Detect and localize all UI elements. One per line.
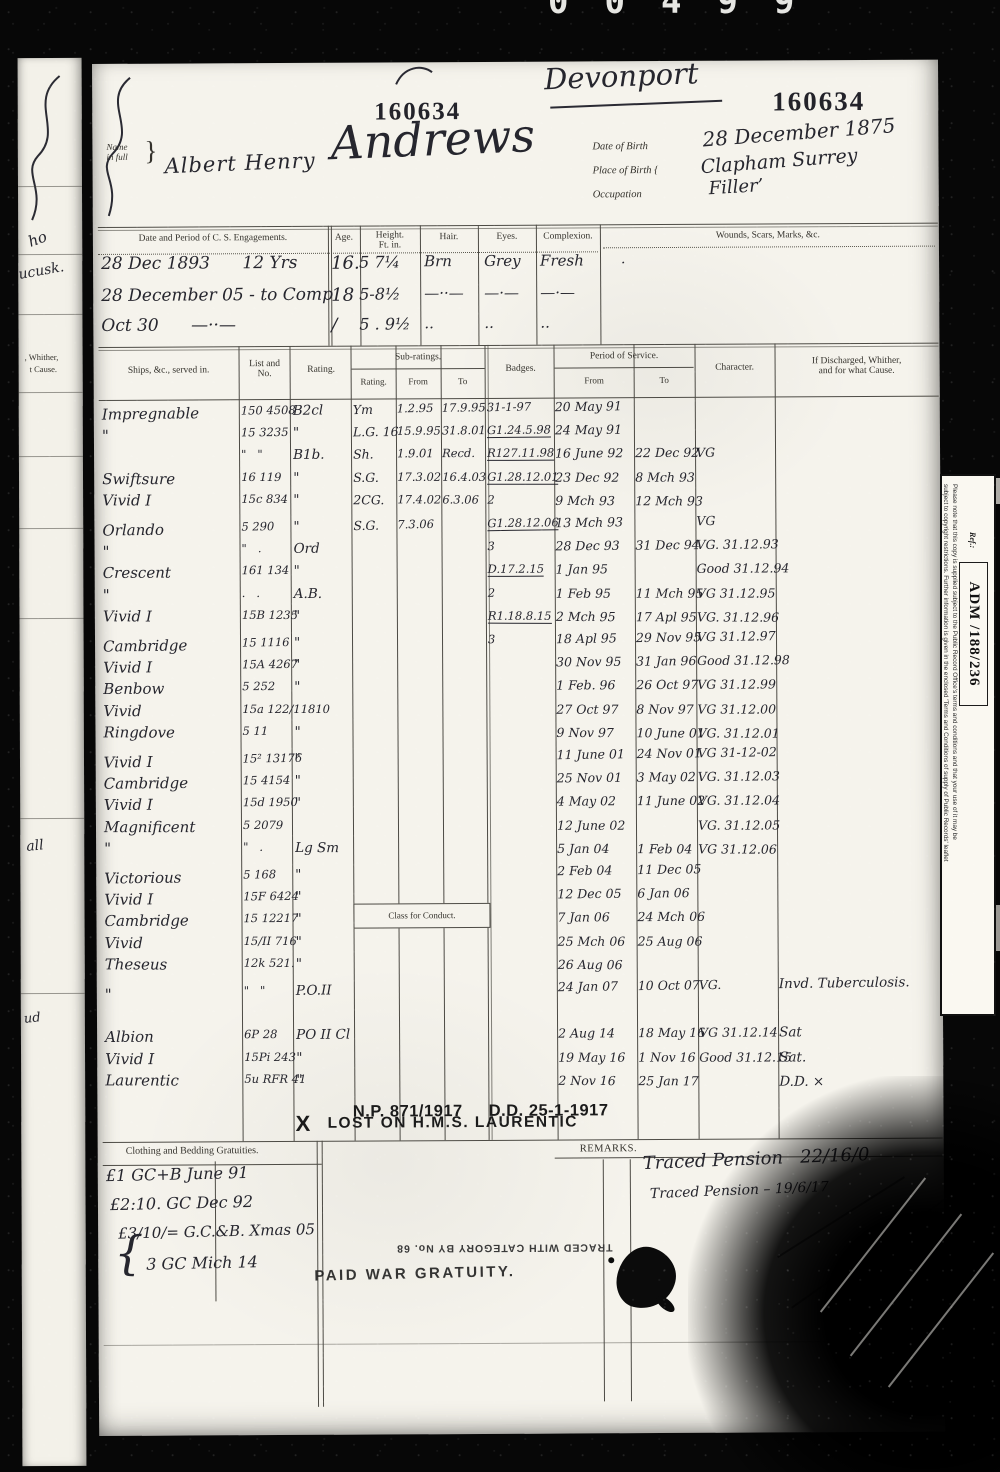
service-cell-b: G1.24.5.98 xyxy=(487,423,551,439)
service-cell-f: 1 Feb 95 xyxy=(556,585,611,600)
service-cell-f: 12 June 02 xyxy=(557,817,625,832)
service-cell-f: 18 Apl 95 xyxy=(556,630,617,646)
engagement-cell-date: 28 December 05 - to Comp xyxy=(101,285,333,306)
service-cell-t: 26 Oct 97 xyxy=(636,677,698,692)
remark-entry: Traced Pension – 19/6/17 xyxy=(650,1179,829,1202)
table-line xyxy=(478,225,480,345)
service-cell-c: VG. 31.12.01 xyxy=(698,725,780,740)
service-cell-f: 1 Jan 95 xyxy=(556,562,608,577)
service-cell-b: G1.28.12.06 xyxy=(487,515,559,531)
service-cell-n: 15 1116 xyxy=(242,635,290,650)
service-cell-f: 24 May 91 xyxy=(555,422,622,438)
service-cell-sr: Ym xyxy=(353,402,373,417)
traced-category-stamp: TRACED WITH CATEGORY BY No. 68 xyxy=(396,1241,612,1254)
service-cell-n: 12k 521. xyxy=(244,956,295,970)
service-cell-d: Sat xyxy=(779,1025,802,1041)
service-cell-t: 11 Mch 95 xyxy=(636,585,704,600)
copyright-note-line1: Please note that this copy is supplied s… xyxy=(951,484,958,1006)
service-row: Vivid15a 122/1181027 Oct 978 Nov 97VG 31… xyxy=(95,701,941,725)
service-cell-n: 6P 28 xyxy=(244,1027,277,1041)
service-cell-c: VG. 31.12.03 xyxy=(698,768,780,784)
service-cell-t: 29 Nov 95 xyxy=(636,629,701,645)
service-cell-n: 15d 1950 xyxy=(243,795,298,809)
engagement-cell-eyes: Grey xyxy=(484,252,521,270)
service-cell-c: VG 31.12.95 xyxy=(697,585,776,600)
ruled-line xyxy=(18,186,82,187)
service-cell-t: 22 Dec 92 xyxy=(635,445,699,460)
service-cell-t: 10 Oct 07 xyxy=(638,977,700,993)
service-cell-f: 12 Dec 05 xyxy=(557,886,621,902)
service-cell-b: D.17.2.15 xyxy=(488,562,544,577)
service-cell-n: 5 11 xyxy=(243,724,269,738)
service-cell-n: 15A 4267 xyxy=(242,657,298,672)
service-cell-f: 27 Oct 97 xyxy=(556,701,618,716)
service-cell-r: " xyxy=(294,635,300,651)
service-cell-s: Vivid I xyxy=(103,658,152,676)
engagement-cell-wounds: . xyxy=(621,251,626,267)
service-cell-r: B1b. xyxy=(293,447,325,463)
service-row: Swiftsure16 119"S.G.17.3.0216.4.03G1.28.… xyxy=(94,469,940,493)
service-cell-n: . . xyxy=(242,586,260,600)
service-cell-s: Crescent xyxy=(103,564,171,582)
service-cell-c: Good 31.12.94 xyxy=(697,561,790,576)
service-cell-t: 25 Jan 17 xyxy=(638,1073,698,1088)
ruled-line xyxy=(19,392,83,393)
occupation-label: Occupation xyxy=(593,189,642,200)
service-cell-t: 3 May 02 xyxy=(637,769,696,785)
service-cell-s: Vivid I xyxy=(104,890,153,908)
service-cell-c: VG. 31.12.93 xyxy=(696,536,778,552)
remark-entry: Traced Pension 22/16/0 xyxy=(642,1144,870,1174)
service-cell-c: VG. xyxy=(699,977,722,992)
table-line xyxy=(603,1159,605,1401)
service-cell-f: 24 Jan 07 xyxy=(558,978,618,994)
engagement-cell-age: 16. xyxy=(331,253,360,274)
service-cell-st: 31.8.01 xyxy=(442,423,486,437)
service-cell-r: B2cl xyxy=(293,402,324,418)
service-cell-r: " xyxy=(295,795,301,811)
col-discharged: If Discharged, Whither, and for what Cau… xyxy=(775,356,939,377)
port-division: Devonport xyxy=(543,56,699,96)
service-cell-sf: 7.3.06 xyxy=(397,517,434,532)
pen-stroke xyxy=(791,1197,947,1308)
service-cell-s: Theseus xyxy=(105,955,168,973)
service-row: Magnificent5 207912 June 02VG. 31.12.05 xyxy=(96,817,942,841)
service-cell-n: 15a 122/11810 xyxy=(242,702,330,716)
service-cell-s: Vivid I xyxy=(104,753,153,772)
service-cell-b: 2 xyxy=(488,585,495,599)
service-cell-n: 5 168 xyxy=(243,867,276,881)
service-cell-t: 31 Jan 96 xyxy=(636,653,696,669)
ruled-line xyxy=(19,456,83,457)
service-cell-r: " xyxy=(293,425,299,441)
engagement-cell-hair: Brn xyxy=(424,252,452,270)
service-row: Albion6P 28PO II Cl2 Aug 1418 May 16VG 3… xyxy=(97,1024,943,1051)
gratuity-entry: £1 GC+B June 91 xyxy=(106,1163,249,1185)
service-cell-t: 6 Jan 06 xyxy=(637,885,689,901)
service-row: Cambridge15 12217"7 Jan 0624 Mch 06 xyxy=(96,908,942,935)
name-brace: } xyxy=(144,136,157,167)
service-row: Benbow5 252"1 Feb. 9626 Oct 97VG 31.12.9… xyxy=(95,676,941,703)
service-cell-c: VG 31.12.06 xyxy=(698,841,777,856)
service-row: " "B1b.Sh.1.9.01Recd.R127.11.9816 June 9… xyxy=(94,444,940,471)
service-cell-c: VG xyxy=(696,513,715,528)
service-cell-b: 3 xyxy=(488,632,496,646)
service-cell-sf: 15.9.95 xyxy=(397,424,441,438)
film-frame-number: 00499 xyxy=(548,0,830,22)
service-cell-t: 11 Dec 05 xyxy=(637,861,701,877)
service-cell-r: " xyxy=(295,889,301,905)
service-cell-s: Impregnable xyxy=(102,404,200,423)
engagement-cell-complexion: Fresh xyxy=(540,251,584,269)
ink-speck xyxy=(608,1257,614,1263)
col-to: To xyxy=(634,375,695,385)
service-cell-b: 31-1-97 xyxy=(487,400,532,415)
service-cell-b: R1.18.8.15 xyxy=(488,608,552,623)
service-cell-n: " . xyxy=(243,840,263,854)
pen-tick xyxy=(392,60,436,88)
dob-value: 28 December 1875 xyxy=(702,113,896,151)
service-cell-s: Vivid xyxy=(105,934,143,952)
service-cell-d: Sat. xyxy=(779,1049,806,1065)
service-cell-r: " xyxy=(293,519,299,535)
col-ships: Ships, &c., served in. xyxy=(99,365,239,376)
service-cell-s: Vivid I xyxy=(102,491,151,509)
service-cell-n: 150 4508 xyxy=(241,403,296,418)
service-cell-r: " xyxy=(295,751,301,767)
service-cell-n: 15F 6424 xyxy=(243,889,299,904)
microfilm-frame: { "frame": { "number": "00499" }, "heade… xyxy=(0,0,1000,1472)
service-cell-f: 9 Nov 97 xyxy=(557,725,614,740)
service-cell-r: " xyxy=(294,563,300,579)
service-cell-c: VG. 31.12.04 xyxy=(698,793,780,808)
service-cell-s: Albion xyxy=(105,1028,154,1046)
service-cell-n: 15 12217 xyxy=(243,911,298,925)
service-cell-c: VG 31-12-02 xyxy=(697,744,776,760)
ruled-line xyxy=(20,818,84,819)
adjacent-page-fragment: t Cause. xyxy=(30,364,57,374)
service-cell-st: 16.4.03 xyxy=(442,469,486,483)
class-for-conduct-header: Class for Conduct. xyxy=(353,903,490,929)
service-cell-f: 11 June 01 xyxy=(556,746,624,762)
service-cell-s: Vivid I xyxy=(104,796,153,814)
service-row: Vivid15/II 716"25 Mch 0625 Aug 06 xyxy=(97,933,943,957)
service-row: Crescent161 134"D.17.2.151 Jan 95Good 31… xyxy=(95,560,941,587)
gratuity-entry: £3/10/= G.C.&B. Xmas 05 xyxy=(118,1220,315,1242)
service-cell-c: VG. 31.12.05 xyxy=(698,817,780,832)
service-cell-s: Ringdove xyxy=(104,723,175,741)
adjacent-page-fragment: ud xyxy=(23,1010,41,1026)
service-cell-c: Good 31.12.15 xyxy=(699,1049,792,1064)
service-cell-c: VG 31.12.99 xyxy=(697,677,776,692)
service-cell-f: 30 Nov 95 xyxy=(556,654,621,670)
service-cell-f: 2 Feb 04 xyxy=(557,862,612,878)
service-cell-n: 161 134 xyxy=(242,563,290,577)
engagement-cell-hair: .. xyxy=(424,314,434,332)
service-cell-s: Vivid I xyxy=(103,607,152,625)
service-cell-t: 8 Nov 97 xyxy=(636,701,693,716)
ruled-line xyxy=(18,254,82,255)
remarks-title: REMARKS. xyxy=(580,1143,637,1154)
service-cell-s: Laurentic xyxy=(105,1071,179,1089)
service-cell-t: 25 Aug 06 xyxy=(638,933,703,948)
col-sub-from: From xyxy=(396,376,441,386)
service-cell-r: Ord xyxy=(293,541,319,557)
service-cell-r: P.O.II xyxy=(296,982,332,998)
service-cell-r: PO II Cl xyxy=(296,1027,350,1043)
pob-label: Place of Birth { xyxy=(593,165,659,176)
service-cell-s: " xyxy=(105,985,112,1003)
col-badges: Badges. xyxy=(488,364,554,374)
gratuities-title: Clothing and Bedding Gratuities. xyxy=(126,1145,259,1157)
col-hair: Hair. xyxy=(420,232,478,242)
service-cell-r: " xyxy=(295,773,301,789)
service-cell-n: 15 4154 xyxy=(243,773,291,787)
table-line xyxy=(536,225,538,345)
service-cell-t: 10 June 01 xyxy=(637,725,705,740)
service-cell-f: 28 Dec 93 xyxy=(555,538,619,554)
service-cell-f: 1 Feb. 96 xyxy=(556,678,615,693)
service-cell-sf: 17.3.02 xyxy=(397,469,441,483)
engagement-cell-eyes: —·— xyxy=(484,284,519,302)
service-cell-d: Invd. Tuberculosis. xyxy=(779,974,910,992)
lost-x-mark: X xyxy=(295,1111,310,1137)
service-cell-r: " xyxy=(293,492,299,508)
service-cell-r: " xyxy=(295,724,301,740)
col-subratings: Sub-ratings. xyxy=(352,352,485,363)
service-cell-n: 15² 13176 xyxy=(243,751,303,766)
adm-reference: ADM /188/236 xyxy=(959,562,988,706)
copyright-note-line2: subject to copyright restrictions. Furth… xyxy=(942,484,949,1006)
table-line xyxy=(420,225,422,345)
service-cell-b: R127.11.98 xyxy=(487,446,554,461)
service-cell-f: 16 June 92 xyxy=(555,446,623,461)
service-cell-sf: 1.9.01 xyxy=(397,447,434,461)
service-cell-n: 5 2079 xyxy=(243,818,283,832)
service-row: ". .A.B.21 Feb 9511 Mch 95VG 31.12.95 xyxy=(95,585,941,609)
service-cell-s: Cambridge xyxy=(103,636,188,655)
service-cell-f: 13 Mch 93 xyxy=(555,514,623,530)
service-cell-s: " xyxy=(102,543,109,561)
table-line xyxy=(104,1341,944,1346)
ruled-line xyxy=(19,528,83,529)
ref-label: Ref.: xyxy=(968,532,977,548)
service-cell-f: 2 Mch 95 xyxy=(556,609,616,624)
service-cell-s: Vivid xyxy=(103,702,141,720)
engagement-cell-date: Oct 30 —··— xyxy=(101,315,236,336)
col-discharged-line2: and for what Cause. xyxy=(819,366,895,376)
service-cell-t: 24 Mch 06 xyxy=(637,909,705,924)
record-page: 160634 160634 Devonport Name in full } A… xyxy=(92,60,945,1436)
name-label-line1: Name xyxy=(106,142,127,152)
service-cell-n: 15B 1235 xyxy=(242,608,298,622)
name-label: Name in full xyxy=(106,142,127,162)
table-line xyxy=(555,367,694,369)
engagement-cell-age: 18 xyxy=(331,285,354,306)
service-cell-sr: S.G. xyxy=(353,469,379,484)
service-cell-d: D.D. × xyxy=(779,1073,824,1089)
service-cell-r: " xyxy=(296,1072,302,1088)
service-number-stamp-right: 160634 xyxy=(772,86,865,117)
service-cell-st: 6.3.06 xyxy=(442,492,479,506)
adjacent-page-fragment: , Whither, xyxy=(25,352,59,362)
col-eyes: Eyes. xyxy=(478,232,536,242)
lost-on-laurentic-stamp: LOST ON H.M.S. LAURENTIC xyxy=(328,1113,579,1132)
service-cell-r: " xyxy=(296,1050,302,1066)
gratuity-entry: 3 GC Mich 14 xyxy=(146,1252,258,1274)
service-cell-n: 15c 834 xyxy=(241,492,288,506)
service-cell-c: VG 31.12.14 xyxy=(699,1025,778,1040)
engagement-cell-age: / xyxy=(331,315,337,336)
ruled-line xyxy=(21,993,85,994)
occupation-value: Filler’ xyxy=(708,175,764,199)
service-cell-sr: S.G. xyxy=(353,518,379,533)
service-cell-t: 12 Mch 93 xyxy=(635,493,703,508)
service-row: Vivid I15Pi 243"19 May 161 Nov 16Good 31… xyxy=(97,1049,943,1073)
service-cell-sf: 1.2.95 xyxy=(397,401,434,416)
service-cell-t: 18 May 16 xyxy=(638,1025,705,1040)
service-cell-s: Orlando xyxy=(102,521,164,540)
col-age: Age. xyxy=(328,233,360,243)
service-cell-n: 5 252 xyxy=(242,679,275,693)
engagement-cell-eyes: .. xyxy=(484,314,494,332)
service-cell-s: Cambridge xyxy=(104,912,188,930)
service-cell-f: 9 Mch 93 xyxy=(555,493,615,508)
service-cell-s: Vivid I xyxy=(105,1050,154,1068)
service-cell-t: 24 Nov 01 xyxy=(636,745,702,761)
service-cell-f: 23 Dec 92 xyxy=(555,469,619,484)
engagement-cell-height: 5-8½ xyxy=(359,284,400,303)
service-cell-n: 16 119 xyxy=(241,470,281,484)
service-cell-r: " xyxy=(294,608,300,624)
adjacent-page-fragment: all xyxy=(26,837,45,855)
service-cell-t: 1 Nov 16 xyxy=(638,1049,695,1064)
service-cell-sr: 2CG. xyxy=(353,492,384,507)
paid-war-gratuity-stamp: PAID WAR GRATUITY. xyxy=(314,1263,515,1285)
service-row: Vivid I15d 1950"4 May 0211 June 02VG. 31… xyxy=(96,792,942,819)
service-cell-r: A.B. xyxy=(294,586,322,602)
service-cell-b: 2 xyxy=(487,492,494,506)
service-cell-f: 7 Jan 06 xyxy=(557,910,609,925)
sticker-rotated-content: Ref.: ADM /188/236 Please note that this… xyxy=(942,476,990,1010)
col-character: Character. xyxy=(695,362,775,372)
ruled-line xyxy=(19,618,83,619)
service-cell-c: VG xyxy=(696,445,715,460)
service-cell-f: 25 Nov 01 xyxy=(557,770,622,786)
service-cell-c: VG 31.12.97 xyxy=(697,628,776,644)
archive-reference-sticker: Ref.: ADM /188/236 Please note that this… xyxy=(940,474,996,1016)
col-rating: Rating. xyxy=(292,365,351,375)
service-cell-r: " xyxy=(294,679,300,695)
engagement-cell-date: 28 Dec 1893 12 Yrs xyxy=(101,253,298,274)
service-cell-sr: Sh. xyxy=(353,447,374,462)
engagement-cell-height: 5 . 9½ xyxy=(359,314,410,333)
surname-handwritten: Andrews xyxy=(329,108,535,170)
adjacent-page-fragment: ucusk. xyxy=(17,259,65,283)
service-cell-f: 2 Aug 14 xyxy=(558,1026,615,1041)
port-underline xyxy=(550,100,722,109)
service-cell-n: 15/II 716 xyxy=(244,934,297,948)
service-cell-r: Lg Sm xyxy=(295,840,339,856)
table-line xyxy=(352,368,485,370)
service-cell-n: 5 290 xyxy=(241,519,274,533)
service-cell-sr: L.G. 16 xyxy=(353,424,399,439)
forenames-handwritten: Albert Henry xyxy=(164,148,316,178)
service-cell-sf: 17.4.02 xyxy=(397,492,441,506)
service-cell-f: 25 Mch 06 xyxy=(558,933,626,948)
engagement-cell-height: 5 7¼ xyxy=(359,252,400,271)
service-cell-n: " " xyxy=(244,983,266,997)
col-height-line1: Height. xyxy=(376,230,404,240)
col-engagements: Date and Period of C. S. Engagements. xyxy=(108,233,318,244)
col-list-line2: No. xyxy=(258,369,272,379)
table-line xyxy=(600,224,602,344)
service-cell-f: 4 May 02 xyxy=(557,794,616,809)
service-cell-s: " xyxy=(104,839,111,857)
col-sub-rating: Rating. xyxy=(352,376,396,386)
service-cell-c: VG. 31.12.96 xyxy=(697,609,779,624)
service-cell-t: 1 Feb 04 xyxy=(637,841,692,856)
service-cell-s: Swiftsure xyxy=(102,470,175,488)
service-cell-n: " . xyxy=(241,541,261,555)
service-cell-b: 3 xyxy=(487,539,494,553)
engagement-cell-complexion: —·— xyxy=(540,283,575,301)
service-cell-c: Good 31.12.98 xyxy=(697,652,790,668)
table-line xyxy=(603,246,935,249)
service-cell-r: " xyxy=(295,911,301,927)
service-cell-f: 19 May 16 xyxy=(558,1049,625,1064)
col-wounds: Wounds, Scars, Marks, &c. xyxy=(600,230,936,242)
service-cell-r: " xyxy=(296,956,302,972)
adjacent-page-strip: houcusk., Whither,t Cause.allud xyxy=(18,58,87,1466)
service-cell-c: VG 31.12.00 xyxy=(697,701,776,716)
col-list-no: List and No. xyxy=(240,359,290,379)
col-height-line2: Ft. in. xyxy=(379,240,401,250)
engagement-cell-complexion: .. xyxy=(540,314,550,332)
service-cell-b: G1.28.12.01 xyxy=(487,469,558,484)
col-height: Height. Ft. in. xyxy=(360,230,420,250)
col-list-line1: List and xyxy=(249,359,280,369)
service-cell-s: Magnificent xyxy=(104,818,195,836)
name-label-line2: in full xyxy=(106,152,127,162)
service-cell-r: " xyxy=(295,867,301,883)
col-discharged-line1: If Discharged, Whither, xyxy=(812,356,902,366)
gratuity-entry: £2:10. GC Dec 92 xyxy=(110,1192,253,1214)
service-cell-f: 26 Aug 06 xyxy=(558,957,623,972)
col-sub-to: To xyxy=(441,376,485,386)
service-cell-f: 5 Jan 04 xyxy=(557,841,609,856)
service-cell-s: Victorious xyxy=(104,868,181,887)
service-cell-n: 15 3235 xyxy=(241,425,289,439)
dob-label: Date of Birth xyxy=(592,141,647,152)
service-cell-n: " " xyxy=(241,448,263,462)
service-cell-st: Recd. xyxy=(442,446,475,460)
service-cell-s: " xyxy=(103,586,110,604)
ruled-line xyxy=(18,314,82,315)
service-cell-n: 15Pi 243 xyxy=(244,1050,296,1064)
service-cell-s: Benbow xyxy=(103,680,164,698)
service-cell-s: " xyxy=(102,427,109,445)
service-cell-s: Cambridge xyxy=(104,774,188,793)
service-cell-t: 17 Apl 95 xyxy=(636,609,697,624)
col-period: Period of Service. xyxy=(555,351,694,362)
service-cell-t: 11 June 02 xyxy=(637,793,705,808)
service-cell-t: 8 Mch 93 xyxy=(635,469,695,484)
service-cell-r: " xyxy=(293,470,299,486)
engagement-cell-hair: —··— xyxy=(424,284,464,302)
service-cell-r: " xyxy=(296,934,302,950)
service-cell-st: 17.9.95 xyxy=(442,400,486,415)
